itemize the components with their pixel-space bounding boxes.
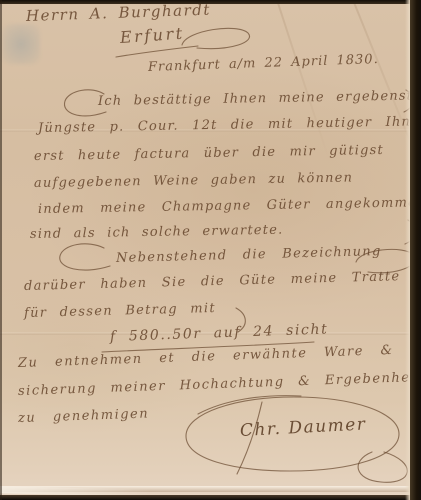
scan-edge-right — [410, 0, 421, 500]
scan-edge-bottom — [0, 495, 421, 500]
signature-loop — [358, 452, 407, 482]
body-line: sind als ich solche erwartete. — [30, 223, 284, 242]
signature: Chr. Daumer — [239, 414, 366, 441]
paragraph2-swash — [60, 244, 110, 270]
closing-line: zu genehmigen — [18, 406, 150, 426]
paper-crease-diagonal — [276, 0, 330, 162]
body-line: für dessen Betrag mit — [24, 301, 216, 321]
signature-top-arc — [198, 396, 301, 414]
scan-edge-left — [0, 0, 2, 500]
body-line: erst heute factura über die mir gütigst — [34, 143, 384, 164]
body-line: darüber haben Sie die Güte meine Tratte — [24, 269, 401, 294]
address-recipient-city: Erfurt — [119, 24, 185, 47]
scan-edge-top — [0, 0, 421, 4]
faint-postal-stamp — [2, 24, 40, 64]
body-line: Jüngste p. Cour. 12t die mit heutiger Ih… — [38, 114, 421, 136]
erfurt-oval-flourish — [182, 28, 250, 48]
body-line: indem meine Champagne Güter angekommen — [38, 195, 421, 217]
closing-line: sicherung meiner Hochachtung & Ergebenhe… — [18, 370, 421, 399]
body-line: Nebenstehend die Bezeichnung — [116, 244, 382, 266]
body-line: Ich bestättige Ihnen meine ergebenst — [98, 89, 413, 109]
body-line: aufgegebenen Weine gaben zu können — [34, 170, 353, 191]
address-recipient-name: Herrn A. Burghardt — [26, 1, 211, 25]
amount-line: f 580..50r auf 24 sicht — [110, 321, 329, 345]
dateline: Frankfurt a/m 22 April 1830. — [148, 52, 379, 75]
closing-line: Zu entnehmen et die erwähnte Ware & C — [18, 342, 421, 371]
letter-scan: Herrn A. Burghardt Erfurt Frankfurt a/m … — [0, 0, 421, 500]
erfurt-underline — [116, 46, 198, 57]
